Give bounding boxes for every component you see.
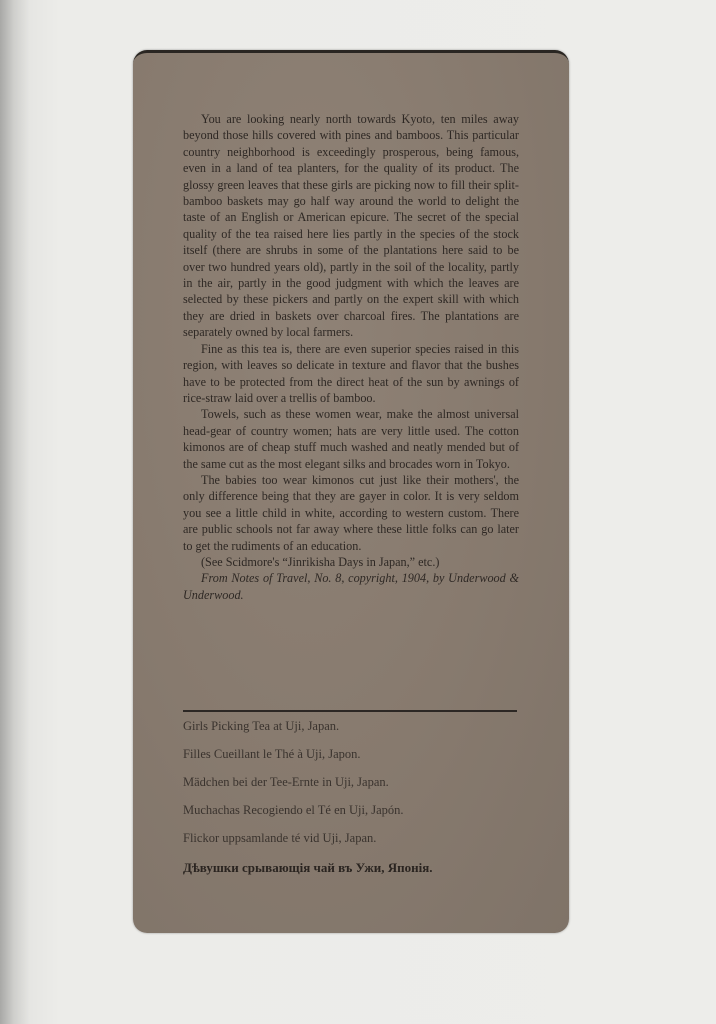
caption-swedish: Flickor uppsamlande té vid Uji, Japan. [183, 831, 523, 859]
caption-german: Mädchen bei der Tee-Ernte in Uji, Japan. [183, 775, 523, 803]
caption-list: Girls Picking Tea at Uji, Japan. Filles … [183, 719, 523, 889]
copyright-credit: From Notes of Travel, No. 8, copyright, … [183, 570, 519, 603]
paragraph-4: The babies too wear kimonos cut just lik… [183, 472, 519, 554]
reference-note: (See Scidmore's “Jinrikisha Days in Japa… [183, 554, 519, 570]
stereoview-card-back: You are looking nearly north towards Kyo… [133, 50, 569, 933]
paragraph-3: Towels, such as these women wear, make t… [183, 406, 519, 472]
caption-spanish: Muchachas Recogiendo el Té en Uji, Japón… [183, 803, 523, 831]
caption-french: Filles Cueillant le Thé à Uji, Japon. [183, 747, 523, 775]
caption-english: Girls Picking Tea at Uji, Japan. [183, 719, 523, 747]
description-text: You are looking nearly north towards Kyo… [183, 111, 519, 603]
paragraph-1: You are looking nearly north towards Kyo… [183, 111, 519, 341]
caption-russian: Дѣвушки срывающія чай въ Ужи, Японія. [183, 861, 523, 889]
divider-rule [183, 710, 517, 712]
paragraph-2: Fine as this tea is, there are even supe… [183, 341, 519, 407]
